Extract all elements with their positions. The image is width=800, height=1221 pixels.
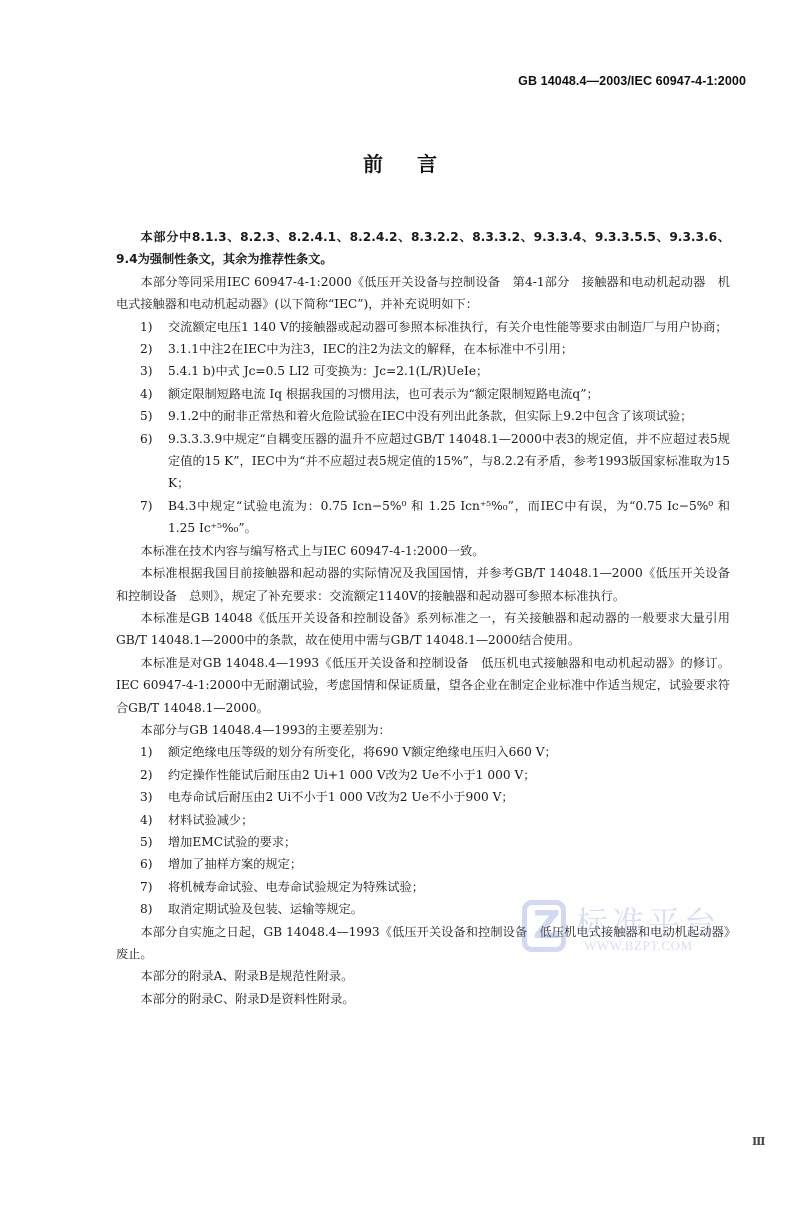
list-item: 2)约定操作性能试后耐压由2 Ui+1 000 V改为2 Ue不小于1 000 …	[116, 764, 730, 786]
list-item: 3)电寿命试后耐压由2 Ui不小于1 000 V改为2 Ue不小于900 V；	[116, 786, 730, 808]
revision-paragraph: 本标准是对GB 14048.4—1993《低压开关设备和控制设备 低压机电式接触…	[116, 652, 730, 719]
list-item: 4)材料试验减少；	[116, 809, 730, 831]
adoption-paragraph: 本部分等同采用IEC 60947-4-1:2000《低压开关设备与控制设备 第4…	[116, 271, 730, 316]
abolition-paragraph: 本部分自实施之日起，GB 14048.4—1993《低压开关设备和控制设备 低压…	[116, 921, 730, 966]
list-item: 8)取消定期试验及包装、运输等规定。	[116, 898, 730, 920]
list-item: 5)9.1.2中的耐非正常热和着火危险试验在IEC中没有列出此条款，但实际上9.…	[116, 405, 730, 427]
differences-intro-paragraph: 本部分与GB 14048.4—1993的主要差别为：	[116, 719, 730, 741]
list-item: 6)增加了抽样方案的规定；	[116, 853, 730, 875]
mandatory-clauses-paragraph: 本部分中8.1.3、8.2.3、8.2.4.1、8.2.4.2、8.3.2.2、…	[116, 226, 730, 271]
list-item: 6)9.3.3.3.9中规定“自耦变压器的温升不应超过GB/T 14048.1—…	[116, 428, 730, 495]
list-item: 1)额定绝缘电压等级的划分有所变化，将690 V额定绝缘电压归入660 V；	[116, 741, 730, 763]
normative-annex-paragraph: 本部分的附录A、附录B是规范性附录。	[116, 965, 730, 987]
standard-code-header: GB 14048.4—2003/IEC 60947-4-1:2000	[518, 74, 746, 88]
supplement-list: 1)交流额定电压1 140 V的接触器或起动器可参照本标准执行，有关介电性能等要…	[116, 316, 730, 540]
list-item: 1)交流额定电压1 140 V的接触器或起动器可参照本标准执行，有关介电性能等要…	[116, 316, 730, 338]
consistency-paragraph: 本标准在技术内容与编写格式上与IEC 60947-4-1:2000一致。	[116, 540, 730, 562]
page-title: 前言	[0, 148, 800, 177]
list-item: 7)B4.3中规定“试验电流为：0.75 Icn−5%⁰ 和 1.25 Icn⁺…	[116, 495, 730, 540]
series-standard-paragraph: 本标准是GB 14048《低压开关设备和控制设备》系列标准之一，有关接触器和起动…	[116, 607, 730, 652]
list-item: 5)增加EMC试验的要求；	[116, 831, 730, 853]
list-item: 2)3.1.1中注2在IEC中为注3，IEC的注2为法文的解释，在本标准中不引用…	[116, 338, 730, 360]
informative-annex-paragraph: 本部分的附录C、附录D是资料性附录。	[116, 988, 730, 1010]
differences-list: 1)额定绝缘电压等级的划分有所变化，将690 V额定绝缘电压归入660 V； 2…	[116, 741, 730, 920]
page-number: Ⅲ	[752, 1135, 765, 1148]
list-item: 4)额定限制短路电流 Iq 根据我国的习惯用法，也可表示为“额定限制短路电流q”…	[116, 383, 730, 405]
list-item: 3)5.4.1 b)中式 Jc=0.5 LI2 可变换为：Jc=2.1(L/R)…	[116, 360, 730, 382]
document-body: 本部分中8.1.3、8.2.3、8.2.4.1、8.2.4.2、8.3.2.2、…	[116, 226, 730, 1010]
national-conditions-paragraph: 本标准根据我国目前接触器和起动器的实际情况及我国国情，并参考GB/T 14048…	[116, 562, 730, 607]
list-item: 7)将机械寿命试验、电寿命试验规定为特殊试验；	[116, 876, 730, 898]
